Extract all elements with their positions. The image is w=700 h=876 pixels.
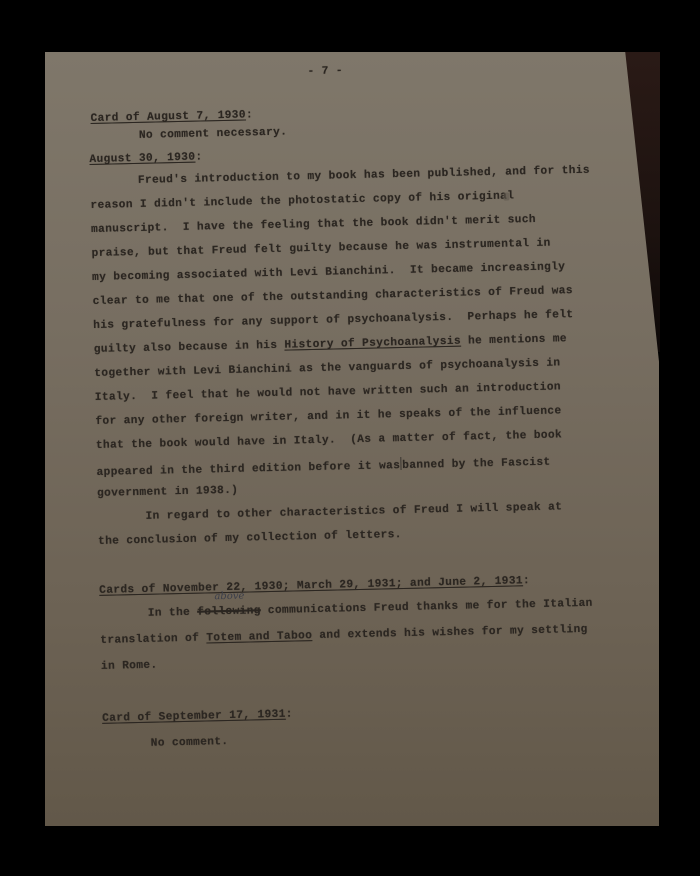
heading-colon: : <box>195 151 202 163</box>
body-line: Freud's introduction to my book has been… <box>138 165 590 187</box>
text-run: communications Freud thanks me for the I… <box>261 598 593 618</box>
text-run: In the <box>148 607 198 620</box>
book-title-history-of-psychoanalysis: History of Psychoanalysis <box>284 336 461 352</box>
body-line: appeared in the third edition before it … <box>96 454 550 479</box>
body-line: No comment. <box>151 736 229 750</box>
book-title-totem-and-taboo: Totem and Taboo <box>206 630 312 644</box>
body-line: reason I didn't include the photostatic … <box>90 190 514 212</box>
text-run: he mentions me <box>461 333 567 347</box>
text-run: banned by the Fascist <box>402 457 551 472</box>
text-run: appeared in the third edition before it … <box>96 460 400 479</box>
section-heading: Card of September 17, 1931: <box>102 709 293 725</box>
body-line: in Rome. <box>101 660 158 673</box>
document-page: - 7 - Card of August 7, 1930: No comment… <box>45 52 659 826</box>
body-line: his gratefulness for any support of psyc… <box>93 309 573 332</box>
text-run: guilty also because in his <box>94 340 285 356</box>
page-number: - 7 - <box>307 65 343 78</box>
body-line: Italy. I feel that he would not have wri… <box>95 381 561 404</box>
body-line: guilty also because in his History of Ps… <box>94 333 567 356</box>
typewritten-sheet: - 7 - Card of August 7, 1930: No comment… <box>45 38 676 826</box>
body-line: the conclusion of my collection of lette… <box>98 529 402 548</box>
heading-text: Card of September 17, 1931 <box>102 709 286 725</box>
heading-text: Cards of November 22, 1930; March 29, 19… <box>99 575 523 597</box>
heading-colon: : <box>523 575 530 587</box>
body-line: translation of Totem and Taboo and exten… <box>100 624 588 647</box>
heading-colon: : <box>246 109 253 121</box>
body-line: that the book would have in Italy. (As a… <box>96 429 562 452</box>
heading-text: Card of August 7, 1930 <box>90 109 246 125</box>
body-line: manuscript. I have the feeling that the … <box>91 214 536 236</box>
text-run: translation of <box>100 632 206 646</box>
body-line: In regard to other characteristics of Fr… <box>145 501 562 522</box>
struck-word: following <box>197 605 261 618</box>
body-line: government in 1938.) <box>97 485 239 500</box>
handwritten-correction: above <box>214 591 244 603</box>
section-heading: Cards of November 22, 1930; March 29, 19… <box>99 575 530 597</box>
body-line: my becoming associated with Levi Bianchi… <box>92 261 565 284</box>
heading-colon: : <box>286 709 293 721</box>
section-heading: Card of August 7, 1930: <box>90 109 253 125</box>
body-line: together with Levi Bianchini as the vang… <box>94 357 560 380</box>
heading-text: August 30, 1930 <box>89 152 195 166</box>
body-line: clear to me that one of the outstanding … <box>93 285 573 308</box>
body-line: No comment necessary. <box>139 127 288 142</box>
body-line: for any other foreign writer, and in it … <box>95 405 561 428</box>
text-run: and extends his wishes for my settling <box>312 624 588 642</box>
body-line: praise, but that Freud felt guilty becau… <box>91 238 550 260</box>
section-heading: August 30, 1930: <box>89 151 202 166</box>
ink-smudge <box>503 193 509 201</box>
